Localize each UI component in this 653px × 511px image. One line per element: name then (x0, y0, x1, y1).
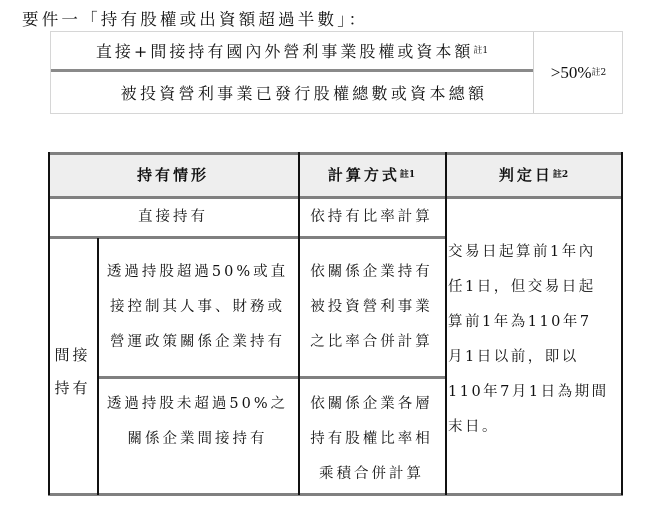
text-line: 交易日起算前1年內 (448, 235, 596, 270)
criteria-denominator: 被投資營利事業已發行股權總數或資本總額 (51, 72, 533, 113)
category-line: 間接 (54, 339, 90, 372)
row-indirect-controlled-situation: 透過持股超過50%或直 接控制其人事、財務或 營運政策關係企業持有 (97, 238, 298, 377)
text-line: 末日。 (448, 410, 499, 445)
criteria-numerator: 直接+間接持有國內外營利事業股權或資本額註1 (51, 32, 533, 72)
row-direct-method: 依持有比率計算 (298, 197, 445, 238)
row-indirect-minority-situation: 透過持股未超過50%之 關係企業間接持有 (97, 377, 298, 495)
text-line: 接控制其人事、財務或 (110, 290, 285, 325)
text-line: 透過持股未超過50%之 (107, 387, 288, 422)
border-method (298, 152, 300, 495)
determination-date: 交易日起算前1年內 任1日，但交易日起 算前1年為110年7 月1日以前，即以 … (445, 197, 622, 495)
section-title: 要件一「持有股權或出資額超過半數」： (22, 6, 368, 30)
text-line: 之比率合併計算 (310, 325, 433, 360)
row-indirect-minority-method: 依關係企業各層 持有股權比率相 乘積合併計算 (298, 377, 445, 495)
holding-table: 持有情形 計算方式註1 判定日註2 直接持有 依持有比率計算 間接 持有 透過持… (48, 152, 623, 495)
header-date: 判定日註2 (445, 152, 622, 197)
border-header-bottom (48, 196, 623, 199)
header-date-label: 判定日 (499, 164, 553, 185)
border-date (445, 152, 447, 495)
text-line: 乘積合併計算 (319, 457, 424, 492)
text-line: 月1日以前，即以 (448, 340, 579, 375)
text-line: 透過持股超過50%或直 (107, 255, 288, 290)
threshold-value: >50% (551, 63, 592, 83)
criteria-threshold: >50%註2 (533, 32, 623, 113)
header-holding: 持有情形 (48, 152, 298, 197)
category-line: 持有 (54, 372, 90, 405)
border-right (621, 152, 623, 495)
row-direct-situation: 直接持有 (48, 197, 298, 238)
text-line: 被投資營利事業 (310, 290, 433, 325)
border-category (97, 238, 99, 495)
row-indirect-controlled-method: 依關係企業持有 被投資營利事業 之比率合併計算 (298, 238, 445, 377)
header-holding-label: 持有情形 (137, 164, 209, 185)
text-line: 關係企業間接持有 (128, 422, 268, 457)
text-line: 依關係企業持有 (310, 255, 433, 290)
text-line: 持有股權比率相 (310, 422, 433, 457)
header-method-label: 計算方式 (328, 164, 400, 185)
criteria-box: 直接+間接持有國內外營利事業股權或資本額註1 被投資營利事業已發行股權總數或資本… (50, 31, 623, 114)
text-line: 營運政策關係企業持有 (110, 325, 285, 360)
border-row2-bottom (97, 376, 445, 379)
text-line: 110年7月1日為期間 (448, 375, 609, 410)
numerator-text: 直接+間接持有國內外營利事業股權或資本額 (96, 39, 473, 62)
header-method: 計算方式註1 (298, 152, 445, 197)
category-indirect: 間接 持有 (48, 238, 97, 495)
border-left (48, 152, 50, 495)
border-bottom (48, 493, 623, 496)
text-line: 依關係企業各層 (310, 387, 433, 422)
border-row1-bottom (48, 236, 445, 239)
text-line: 算前1年為110年7 (448, 305, 592, 340)
text-line: 任1日，但交易日起 (448, 270, 596, 305)
border-top (48, 152, 623, 155)
